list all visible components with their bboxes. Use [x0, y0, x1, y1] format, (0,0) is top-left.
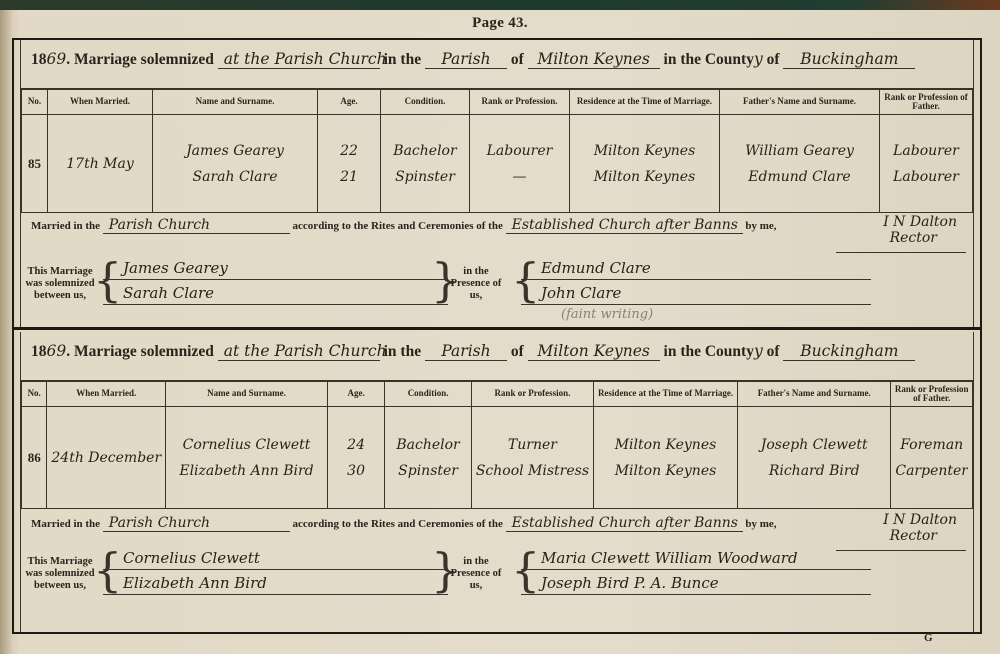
column-header: Rank or Profession of Father.: [880, 89, 973, 115]
column-header: Condition.: [381, 89, 470, 115]
column-header: Name and Surname.: [166, 381, 328, 407]
table-header-row: No.When Married.Name and Surname.Age.Con…: [22, 381, 973, 407]
officiant-signature: I N Dalton Rector: [883, 512, 957, 544]
officiant-title: Rector: [883, 528, 957, 544]
groom-age: 24: [332, 432, 381, 458]
rites-field: Established Church after Banns: [506, 217, 743, 234]
bride-name: Sarah Clare: [157, 164, 313, 190]
when-married: 24th December: [47, 407, 166, 509]
officiant-name: I N Dalton: [883, 512, 957, 528]
column-header: Rank or Profession of Father.: [891, 381, 973, 407]
year-suffix: 69: [47, 342, 67, 360]
married-in-field: Parish Church: [103, 217, 290, 234]
column-header: Rank or Profession.: [471, 381, 593, 407]
district-field: Milton Keynes: [528, 50, 660, 69]
column-header: When Married.: [48, 89, 153, 115]
year-prefix: 18: [31, 51, 47, 68]
county-suffix: y: [754, 342, 763, 360]
cell-father: Joseph Clewett Richard Bird: [738, 407, 891, 509]
place-field: at the Parish Church: [218, 50, 380, 69]
entry-title: 1869. Marriage solemnized at the Parish …: [31, 342, 915, 361]
rites-field: Established Church after Banns: [506, 515, 743, 532]
cell-rank: Turner School Mistress: [471, 407, 593, 509]
witness-signature: Joseph Bird P. A. Bunce: [521, 572, 871, 595]
of-label: of: [511, 343, 524, 360]
bride-rank: —: [474, 164, 565, 190]
rites-label: according to the Rites and Ceremonies of…: [293, 518, 503, 530]
witness-signature: John Clare: [521, 282, 871, 305]
officiant-line: [836, 252, 966, 253]
cell-father_rank: Foreman Carpenter: [891, 407, 973, 509]
cell-condition: Bachelor Spinster: [385, 407, 471, 509]
groom-name: Cornelius Clewett: [170, 432, 323, 458]
table-row: 86 24th December Cornelius Clewett Eliza…: [22, 407, 973, 509]
cell-condition: Bachelor Spinster: [381, 115, 470, 213]
in-the-label: in the: [384, 343, 421, 360]
column-header: Residence at the Time of Marriage.: [594, 381, 738, 407]
column-header: When Married.: [47, 381, 166, 407]
marriage-entry: 1869. Marriage solemnized at the Parish …: [12, 40, 982, 330]
place-field: at the Parish Church: [218, 342, 380, 361]
groom-father_rank: Foreman: [895, 432, 968, 458]
between-us-label: This Marriage was solemnized between us,: [25, 266, 95, 302]
groom-condition: Bachelor: [389, 432, 466, 458]
by-me-label: by me,: [745, 220, 776, 232]
presence-label: in the Presence of us,: [446, 266, 506, 302]
presence-label: in the Presence of us,: [446, 556, 506, 592]
entry-title: 1869. Marriage solemnized at the Parish …: [31, 50, 915, 69]
column-header: Father's Name and Surname.: [738, 381, 891, 407]
groom-rank: Labourer: [474, 138, 565, 164]
book-spine: [0, 10, 12, 654]
cell-name: James Gearey Sarah Clare: [153, 115, 318, 213]
groom-residence: Milton Keynes: [598, 432, 733, 458]
married-in-line: Married in the Parish Church according t…: [31, 515, 777, 532]
bride-father: Richard Bird: [742, 458, 886, 484]
officiant-name: I N Dalton: [883, 214, 957, 230]
cell-age: 24 30: [327, 407, 385, 509]
when-married: 17th May: [48, 115, 153, 213]
district-type-field: Parish: [425, 50, 507, 69]
solemnized-label: . Marriage solemnized: [66, 51, 214, 68]
signature-mark: G: [924, 632, 933, 644]
column-header: No.: [22, 89, 48, 115]
register-table: No.When Married.Name and Surname.Age.Con…: [21, 380, 973, 509]
county-field: Buckingham: [783, 342, 915, 361]
of-label: of: [767, 51, 780, 68]
book-cover-edge: [0, 0, 1000, 10]
table-header-row: No.When Married.Name and Surname.Age.Con…: [22, 89, 973, 115]
column-header: Condition.: [385, 381, 471, 407]
cell-father_rank: Labourer Labourer: [880, 115, 973, 213]
rites-label: according to the Rites and Ceremonies of…: [293, 220, 503, 232]
cell-father: William Gearey Edmund Clare: [720, 115, 880, 213]
bride-father: Edmund Clare: [724, 164, 875, 190]
of-label: of: [511, 51, 524, 68]
groom-father: Joseph Clewett: [742, 432, 886, 458]
district-type-field: Parish: [425, 342, 507, 361]
page-number: Page 43.: [0, 15, 1000, 32]
marriage-entry: 1869. Marriage solemnized at the Parish …: [12, 332, 982, 632]
witness-signature: Maria Clewett William Woodward: [521, 547, 871, 570]
bride-condition: Spinster: [389, 458, 466, 484]
officiant-signature: I N Dalton Rector: [883, 214, 957, 246]
married-in-field: Parish Church: [103, 515, 290, 532]
column-header: Name and Surname.: [153, 89, 318, 115]
groom-father_rank: Labourer: [884, 138, 968, 164]
column-header: Residence at the Time of Marriage.: [570, 89, 720, 115]
column-header: Age.: [327, 381, 385, 407]
cell-residence: Milton Keynes Milton Keynes: [594, 407, 738, 509]
officiant-title: Rector: [883, 230, 957, 246]
married-in-line: Married in the Parish Church according t…: [31, 217, 777, 234]
married-in-label: Married in the: [31, 518, 100, 530]
faded-note: (faint writing): [561, 307, 653, 322]
of-label: of: [767, 343, 780, 360]
bride-residence: Milton Keynes: [574, 164, 715, 190]
year-suffix: 69: [47, 50, 67, 68]
county-suffix: y: [754, 50, 763, 68]
between-us-label: This Marriage was solemnized between us,: [25, 556, 95, 592]
district-field: Milton Keynes: [528, 342, 660, 361]
bride-residence: Milton Keynes: [598, 458, 733, 484]
bride-name: Elizabeth Ann Bird: [170, 458, 323, 484]
in-the-label: in the: [384, 51, 421, 68]
witness-signature: Edmund Clare: [521, 257, 871, 280]
bride-rank: School Mistress: [476, 458, 589, 484]
column-header: Age.: [318, 89, 381, 115]
groom-father: William Gearey: [724, 138, 875, 164]
bride-condition: Spinster: [385, 164, 465, 190]
bride-father_rank: Labourer: [884, 164, 968, 190]
table-row: 85 17th May James Gearey Sarah Clare 22 …: [22, 115, 973, 213]
year-prefix: 18: [31, 343, 47, 360]
bride-age: 21: [322, 164, 376, 190]
party-signature: Elizabeth Ann Bird: [103, 572, 448, 595]
entry-body: 1869. Marriage solemnized at the Parish …: [20, 40, 974, 327]
groom-name: James Gearey: [157, 138, 313, 164]
entry-body: 1869. Marriage solemnized at the Parish …: [20, 332, 974, 632]
groom-condition: Bachelor: [385, 138, 465, 164]
register-table: No.When Married.Name and Surname.Age.Con…: [21, 88, 973, 213]
solemnized-label: . Marriage solemnized: [66, 343, 214, 360]
county-label: in the County: [664, 51, 754, 68]
column-header: Father's Name and Surname.: [720, 89, 880, 115]
column-header: Rank or Profession.: [470, 89, 570, 115]
entry-number: 85: [22, 115, 48, 213]
county-label: in the County: [664, 343, 754, 360]
bride-age: 30: [332, 458, 381, 484]
cell-rank: Labourer —: [470, 115, 570, 213]
entry-number: 86: [22, 407, 47, 509]
party-signature: Cornelius Clewett: [103, 547, 448, 570]
by-me-label: by me,: [745, 518, 776, 530]
groom-rank: Turner: [476, 432, 589, 458]
column-header: No.: [22, 381, 47, 407]
cell-age: 22 21: [318, 115, 381, 213]
married-in-label: Married in the: [31, 220, 100, 232]
groom-age: 22: [322, 138, 376, 164]
party-signature: James Gearey: [103, 257, 448, 280]
party-signature: Sarah Clare: [103, 282, 448, 305]
groom-residence: Milton Keynes: [574, 138, 715, 164]
bride-father_rank: Carpenter: [895, 458, 968, 484]
cell-name: Cornelius Clewett Elizabeth Ann Bird: [166, 407, 328, 509]
county-field: Buckingham: [783, 50, 915, 69]
cell-residence: Milton Keynes Milton Keynes: [570, 115, 720, 213]
